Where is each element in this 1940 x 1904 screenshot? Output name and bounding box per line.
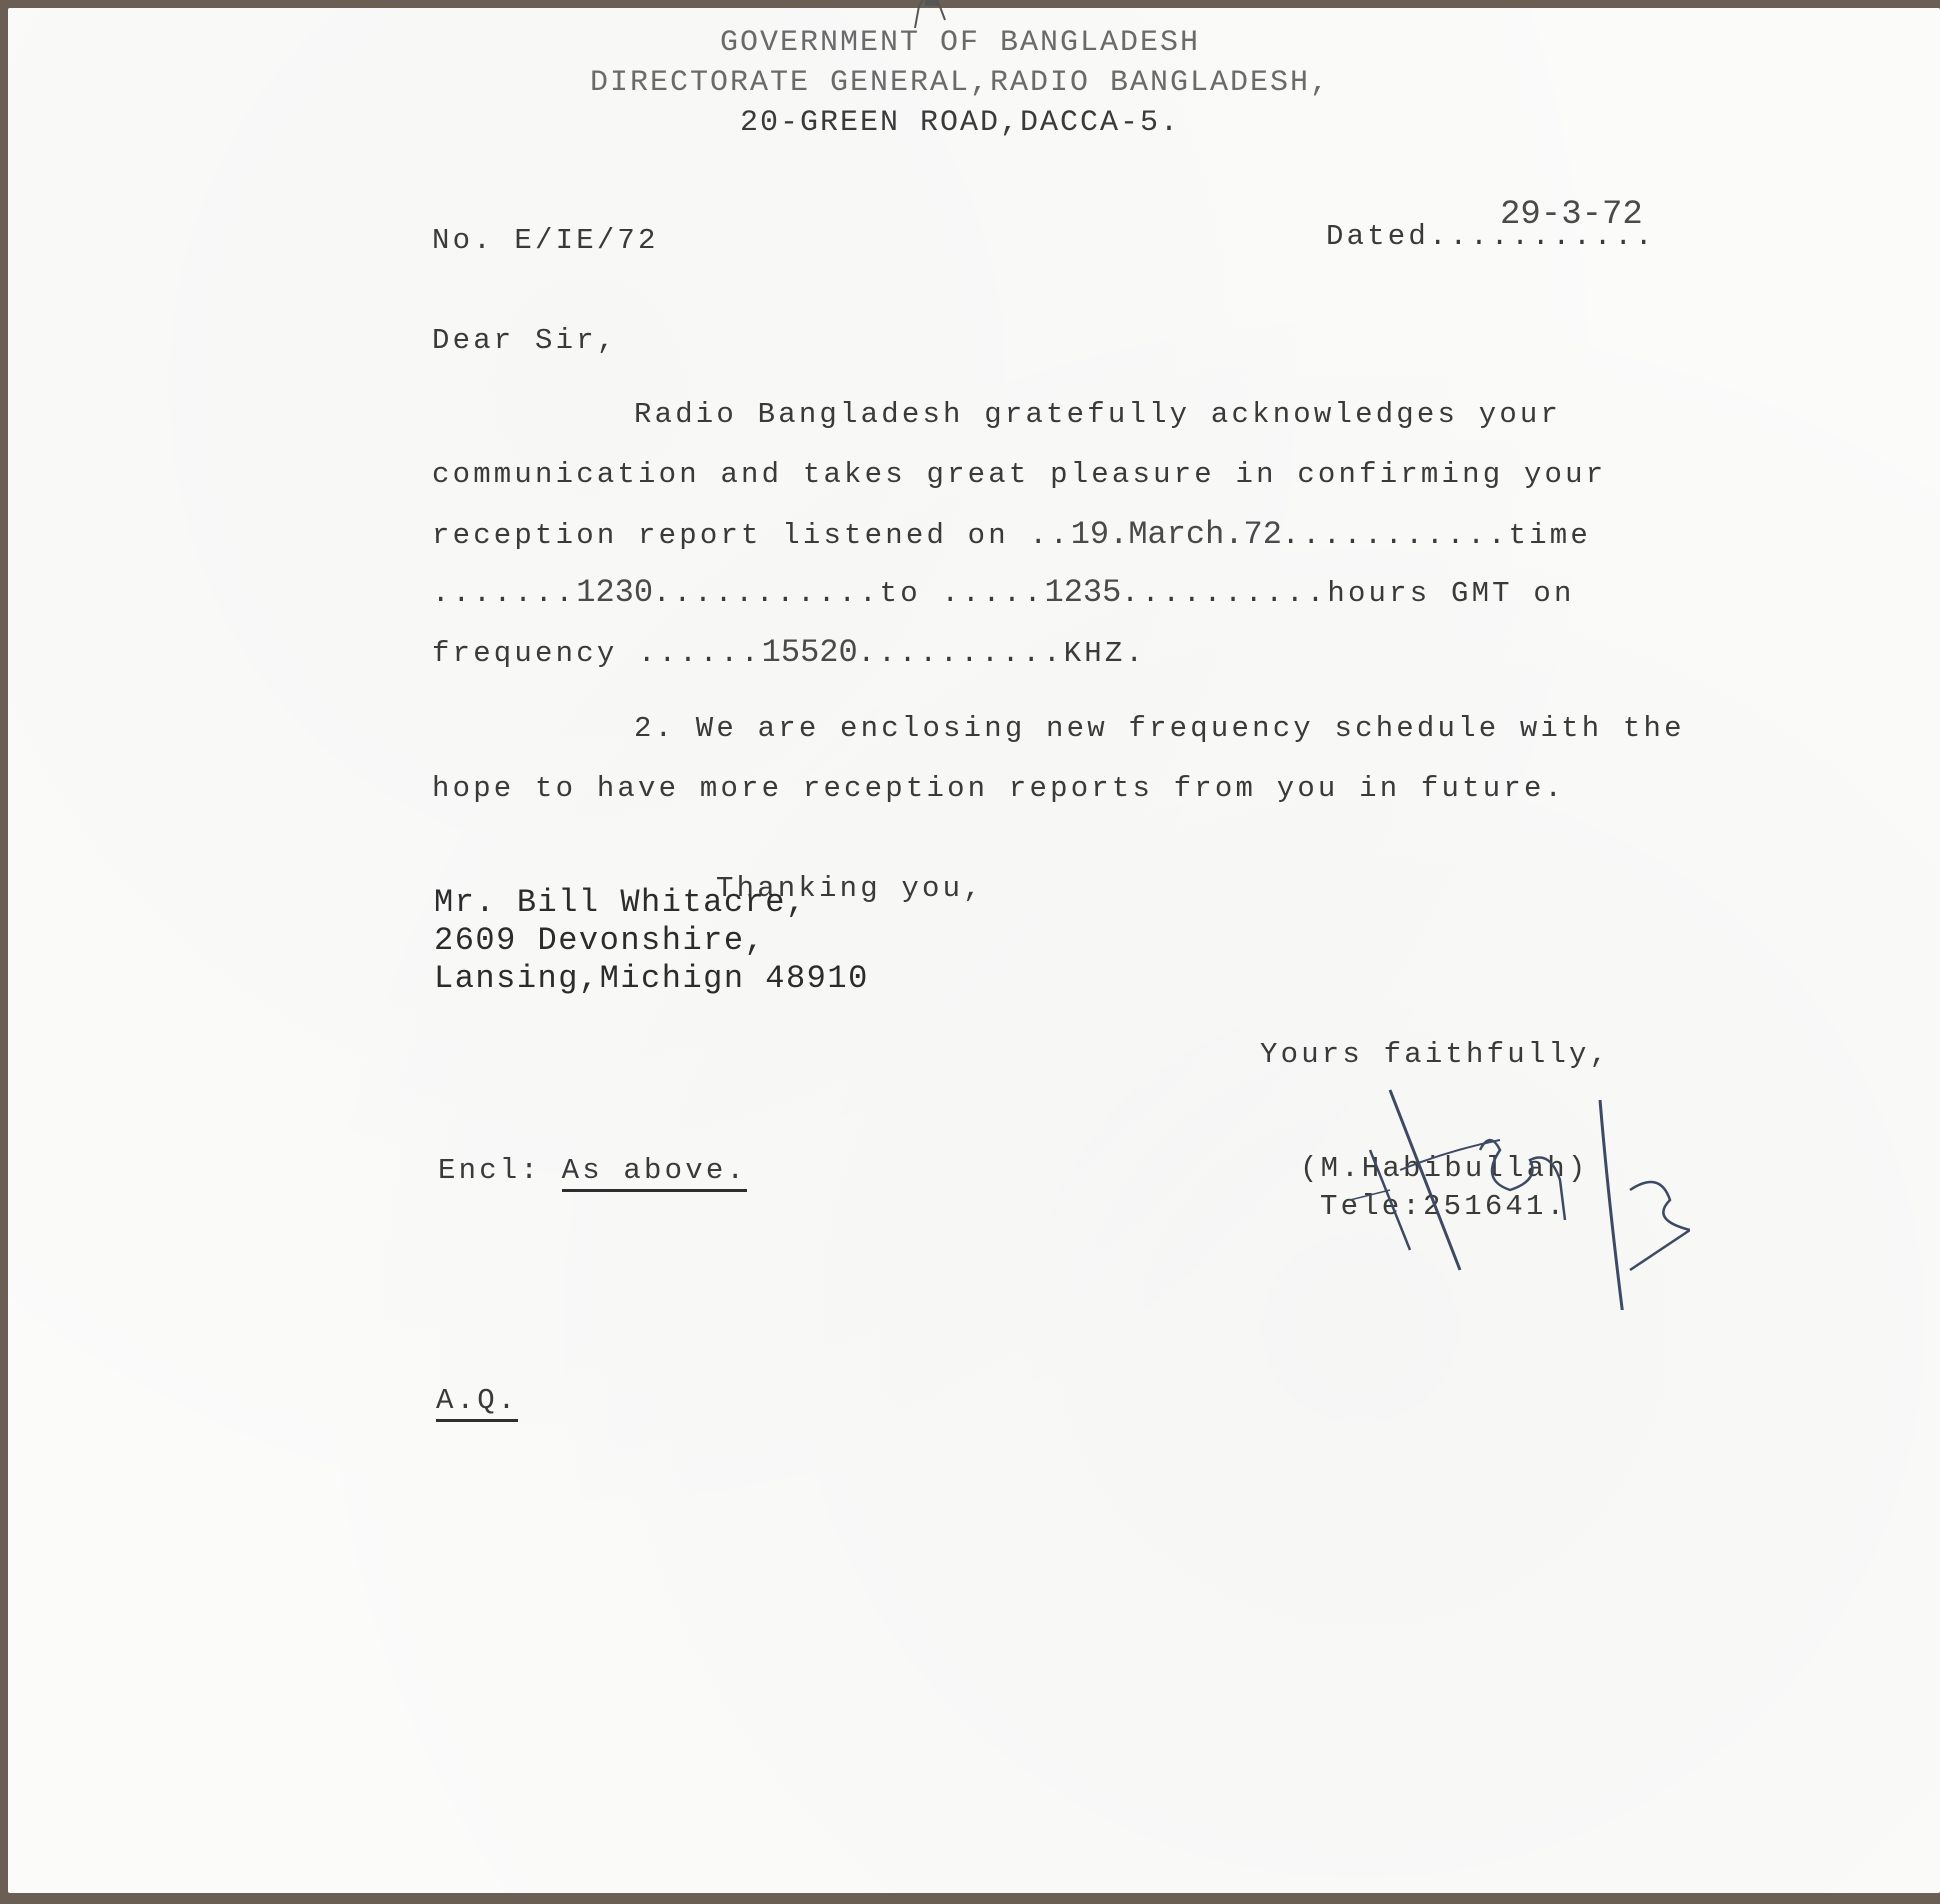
salutation: Dear Sir, xyxy=(432,324,617,357)
time-to: 1235 xyxy=(1045,574,1122,611)
line4-prefix: ....... xyxy=(432,577,576,610)
initials-text: A.Q. xyxy=(436,1384,518,1422)
listened-date: 19.March.72 xyxy=(1071,516,1282,553)
paragraph2-line-2: hope to have more reception reports from… xyxy=(432,772,1565,805)
paragraph2-line-1: 2. We are enclosing new frequency schedu… xyxy=(634,712,1685,745)
frequency-value: 15520 xyxy=(762,634,858,671)
recipient-city: Lansing,Michign 48910 xyxy=(434,960,869,997)
letterhead-line-3: 20-GREEN ROAD,DACCA-5. xyxy=(510,106,1410,140)
paragraph1-line-4: .......1230...........to .....1235......… xyxy=(432,574,1575,611)
paragraph1-line-3: reception report listened on ..19.March.… xyxy=(432,516,1591,553)
time-from: 1230 xyxy=(576,574,653,611)
typist-initials: A.Q. xyxy=(436,1384,518,1417)
line3-suffix: ...........time xyxy=(1282,519,1591,552)
recipient-name: Mr. Bill Whitacre, xyxy=(434,884,807,921)
enclosure-value: As above. xyxy=(562,1154,747,1192)
paper-texture xyxy=(8,8,1940,1893)
line4-mid: ...........to ..... xyxy=(653,577,1044,610)
enclosure-label: Encl: xyxy=(438,1154,541,1187)
enclosure: Encl: As above. xyxy=(438,1154,747,1187)
signoff: Yours faithfully, xyxy=(1260,1038,1610,1071)
emblem-icon xyxy=(905,0,965,28)
letterhead-line-1: GOVERNMENT OF BANGLADESH xyxy=(510,26,1410,60)
line4-suffix: ..........hours GMT on xyxy=(1121,577,1574,610)
date-value: 29-3-72 xyxy=(1500,196,1643,234)
letter-page xyxy=(8,8,1940,1893)
paragraph1-line-5: frequency ......15520..........KHZ. xyxy=(432,634,1146,671)
line3-prefix: reception report listened on .. xyxy=(432,519,1071,552)
paragraph1-line-1: Radio Bangladesh gratefully acknowledges… xyxy=(634,398,1561,431)
recipient-street: 2609 Devonshire, xyxy=(434,922,765,959)
letterhead-line-2: DIRECTORATE GENERAL,RADIO BANGLADESH, xyxy=(510,66,1410,100)
line5-prefix: frequency ...... xyxy=(432,637,762,670)
reference-number: No. E/IE/72 xyxy=(432,224,659,257)
signature-icon xyxy=(1330,1070,1690,1310)
paragraph1-line-2: communication and takes great pleasure i… xyxy=(432,458,1606,491)
line5-suffix: ..........KHZ. xyxy=(858,637,1146,670)
